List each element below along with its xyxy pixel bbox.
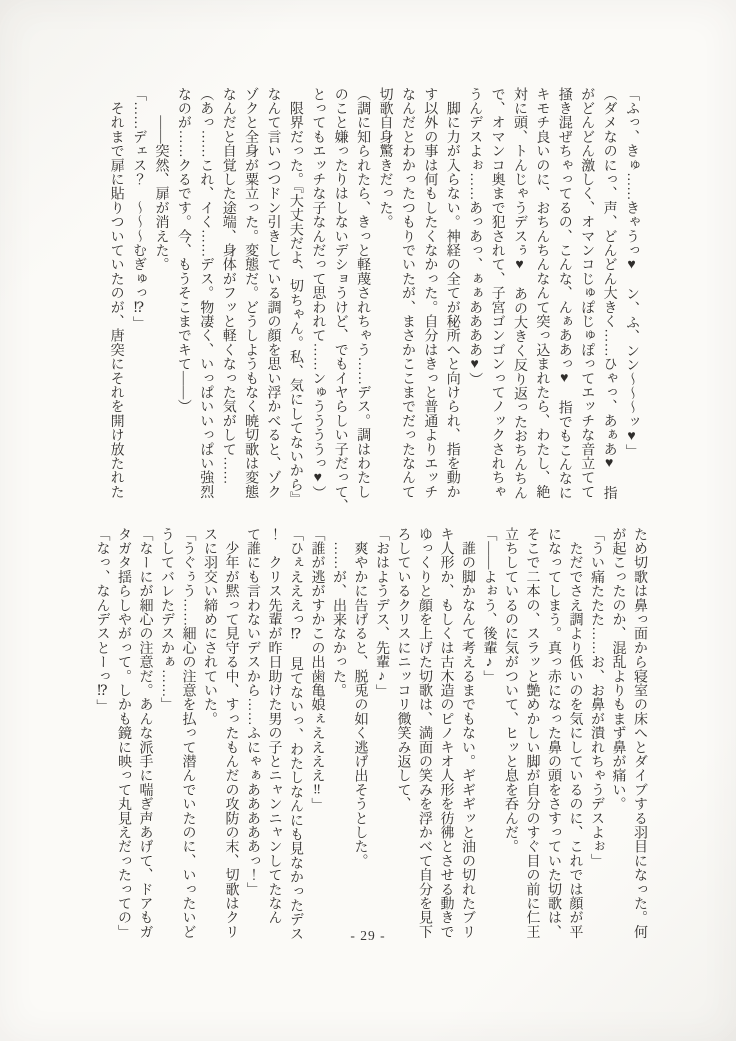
text-column: す以外の事は何もしたくなかった。自分はきっと普通よりエッチ — [418, 87, 440, 499]
text-column: 誰の脚かなんて考えるまでもない。ギギギッと油の切れたブリ — [457, 527, 479, 939]
text-column: 「ひぇえええっ⁉ 見てないっ、わたしなんにも見なかったデス — [285, 527, 307, 939]
text-column: そこで二本の、スラッと艶めかしい脚が自分のすぐ目の前に仁王 — [521, 527, 543, 939]
text-column: がどんどん激しく、オマンコじゅぽじゅぽってエッチな音立てて — [575, 87, 597, 499]
text-column: （ダメなのにっ、声、どんどん大きく……ひゃっ、あぁあ♥ 指 — [597, 87, 619, 499]
text-column: て誰にも言わないデスから……ふにゃぁあああああっ！」 — [242, 527, 264, 939]
text-column: なんだとわかったつもりでいたが、まさかここまでだったなんて — [396, 87, 418, 499]
text-column: 「なーにが細心の注意だ。あんな派手に喘ぎ声あげて、ドアもガ — [134, 527, 156, 939]
text-column: ！ クリス先輩が昨日助けた男の子とニャンニャンしてたなん — [263, 527, 285, 939]
text-column: とってもエッチな子なんだって思われて……ンゅううううっ♥） — [306, 87, 328, 499]
page-number: - 29 - — [0, 928, 736, 944]
text-column: 脚に力が入らない。神経の全てが秘所へと向けられ、指を動か — [440, 87, 462, 499]
scanned-novel-page: 「ふっ、きゅ……きゃうっ♥ ン、ふ、ンン～～～ッ♥」（ダメなのにっ、声、どんどん… — [0, 0, 736, 1041]
text-column: ただでさえ調より低いのを気にしているのに、これでは顔が平 — [564, 527, 586, 939]
text-column: ……が、出来なかった。 — [328, 527, 350, 939]
text-column: ため切歌は鼻っ面から寝室の床へとダイブする羽目になった。何 — [629, 527, 651, 939]
text-column: 「うぐぅう……細心の注意を払って潜んでいたのに、いったいど — [177, 527, 199, 939]
text-column: 「……デェス？ ～～～むぎゅっ⁉」 — [127, 87, 149, 499]
text-column: ゾクと全身が粟立った。変態だ。どうしようもなく暁切歌は変態 — [239, 87, 261, 499]
text-column: （あっ……これ、イく……デス。物凄く、いっぱいいっぱい強烈 — [194, 87, 216, 499]
text-column: 対に頭、トんじゃうデスぅ♥ あの大きく反り返ったおちんちん — [508, 87, 530, 499]
text-column: ろしているクリスにニッコリ微笑み返して、 — [392, 527, 414, 939]
text-column: 「なっ、なんデスとーっ⁉」 — [91, 527, 113, 939]
text-column: 立ちしているのに気がついて、ヒッと息を呑んだ。 — [500, 527, 522, 939]
text-column: うんデスよぉ……あっあっ、ぁぁああああ♥） — [463, 87, 485, 499]
text-column: それまで扉に貼りついていたのが、唐突にそれを開け放たれた — [104, 87, 126, 499]
text-column: なんだと自覚した途端、身体がフッと軽くなった気がして…… — [216, 87, 238, 499]
text-column: 少年が黙って見守る中、すったもんだの攻防の末、切歌はクリ — [220, 527, 242, 939]
text-block-bottom: ため切歌は鼻っ面から寝室の床へとダイブする羽目になった。何が起こったのか、混乱よ… — [90, 527, 650, 939]
text-column: （調に知られたら、きっと軽蔑されちゃう……デス。調はわたし — [351, 87, 373, 499]
text-column: キモチ良いのに、おちんちんなんて突っ込まれたら、わたし、絶 — [530, 87, 552, 499]
text-column: ――突然、扉が消えた。 — [149, 87, 171, 499]
text-block-top: 「ふっ、きゅ……きゃうっ♥ ン、ふ、ンン～～～ッ♥」（ダメなのにっ、声、どんどん… — [104, 87, 642, 499]
text-column: 「――よぉう、後輩♪」 — [478, 527, 500, 939]
text-column: キ人形か、もしくは古木造のピノキオ人形を彷彿とさせる動きで — [435, 527, 457, 939]
text-column: なんて言いつつドン引きしている調の顔を思い浮かべると、ゾク — [261, 87, 283, 499]
text-column: 「ふっ、きゅ……きゃうっ♥ ン、ふ、ンン～～～ッ♥」 — [620, 87, 642, 499]
text-column: で、オマンコ奥まで犯されて、子宮ゴンゴンってノックされちゃ — [485, 87, 507, 499]
text-column: 限界だった。『大丈夫だよ、切ちゃん。私、気にしてないから』 — [284, 87, 306, 499]
text-column: 「おはようデス、先輩♪」 — [371, 527, 393, 939]
text-column: うしてバレたデスかぁ……」 — [156, 527, 178, 939]
text-column: 掻き混ぜちゃってるの、こんな、んぁああっ♥ 指でもこんなに — [552, 87, 574, 499]
text-column: のこと嫌ったりはしないデショうけど、でもイヤらしい子だって、 — [328, 87, 350, 499]
text-column: ゆっくりと顔を上げた切歌は、満面の笑みを浮かべて自分を見下 — [414, 527, 436, 939]
text-column: 爽やかに告げると、脱兎の如く逃げ出そうとした。 — [349, 527, 371, 939]
text-column: タガタ揺らしやがって。しかも鏡に映って丸見えだったっての」 — [113, 527, 135, 939]
text-column: なのが……クるです。今、もうそこまでキて――） — [171, 87, 193, 499]
text-column: 「誰が逃がすかこの出歯亀娘ぇええええ‼」 — [306, 527, 328, 939]
text-column: が起こったのか、混乱よりもまず鼻が痛い。 — [607, 527, 629, 939]
text-column: スに羽交い締めにされていた。 — [199, 527, 221, 939]
text-column: になってしまう。真っ赤になった鼻の頭をさすっていた切歌は、 — [543, 527, 565, 939]
text-column: 切歌自身驚きだった。 — [373, 87, 395, 499]
text-column: 「うい痛たたた……お、お鼻が潰れちゃうデスよぉ」 — [586, 527, 608, 939]
